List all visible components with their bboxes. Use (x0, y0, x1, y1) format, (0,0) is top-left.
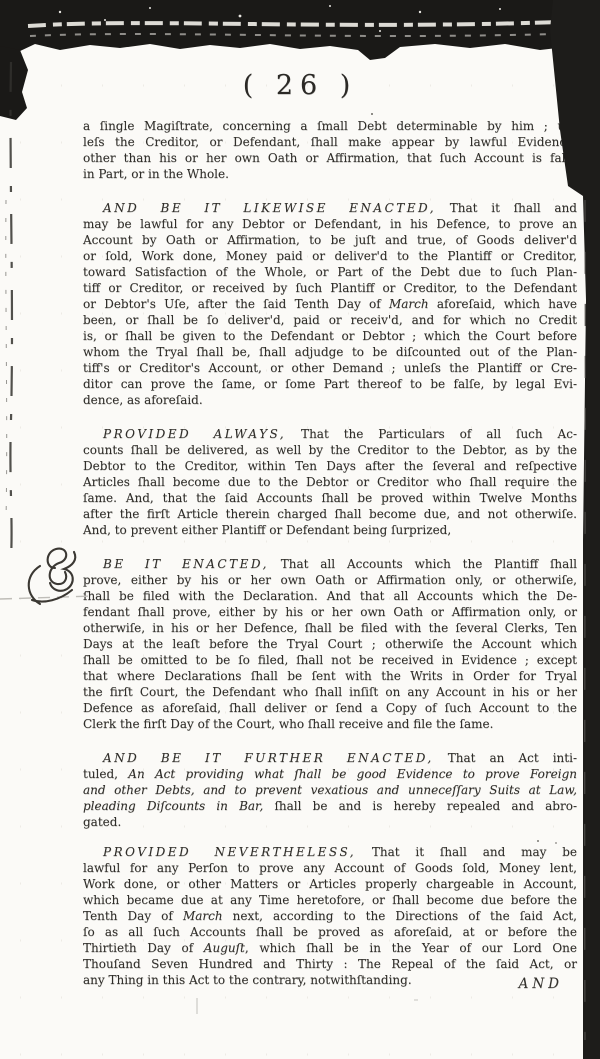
text-line: lawful for any Perſon to prove any Accou… (83, 860, 577, 876)
text-line: been, or ſhall be ſo deliver'd, paid or … (83, 312, 577, 328)
paragraph: a ſingle Magiſtrate, concerning a ſmall … (83, 118, 577, 182)
text-segment: That an Act inti- (434, 751, 577, 765)
text-segment: AND BE IT LIKEWISE ENACTED, (103, 201, 436, 215)
text-segment: may be lawful for any Debtor or Defendan… (83, 217, 577, 231)
text-line: And, to prevent either Plantiff or Defen… (83, 522, 577, 538)
paragraph: AND BE IT FURTHER ENACTED, That an Act i… (83, 750, 577, 830)
text-segment: or Debtor's Uſe, after the ſaid Tenth Da… (83, 297, 389, 311)
text-line: prove, either by his or her own Oath or … (83, 572, 577, 588)
text-line: and other Debts, and to prevent vexatiou… (83, 782, 577, 798)
text-line: or ſold, Work done, Money paid or delive… (83, 248, 577, 264)
text-segment: Debtor to the Creditor, within Ten Days … (83, 459, 577, 473)
text-line: Debtor to the Creditor, within Ten Days … (83, 458, 577, 474)
scan-noise-speckles (59, 5, 562, 32)
text-segment: fendant ſhall prove, either by his or he… (83, 605, 577, 619)
text-segment: after the firſt Article therein charged … (83, 507, 577, 521)
text-line: Work done, or other Matters or Articles … (83, 876, 577, 892)
text-segment: Account by Oath or Affirmation, to be ju… (83, 233, 577, 247)
text-segment: AND BE IT FURTHER ENACTED, (103, 751, 434, 765)
text-segment: Days at the leaſt before the Tryal Court… (83, 637, 577, 651)
text-segment: counts ſhall be delivered, as well by th… (83, 443, 577, 457)
text-segment: ſhall be and is hereby repealed and abro… (263, 799, 577, 813)
text-line: Defence as aforeſaid, ſhall deliver or ſ… (83, 700, 577, 716)
text-line: ſhall be omitted to be ſo filed, ſhall n… (83, 652, 577, 668)
text-segment: other than his or her own Oath or Affirm… (83, 151, 577, 165)
text-segment: March (389, 297, 429, 311)
text-segment: Tenth Day of (83, 909, 183, 923)
text-line: the firſt Court, the Defendant who ſhall… (83, 684, 577, 700)
text-segment: ditor can prove the ſame, or ſome Part t… (83, 377, 577, 391)
text-line: after the firſt Article therein charged … (83, 506, 577, 522)
text-line: tiff or Creditor, or received by ſuch Pl… (83, 280, 577, 296)
text-segment: Defence as aforeſaid, ſhall deliver or ſ… (83, 701, 577, 715)
text-segment: leſs the Creditor, or Defendant, ſhall m… (83, 135, 577, 149)
text-line: which became due at any Time heretofore,… (83, 892, 577, 908)
text-line: that where Declarations ſhall be ſent wi… (83, 668, 577, 684)
text-segment: That it ſhall and (436, 201, 577, 215)
text-segment: , which ſhall be in the Year of our Lord… (245, 941, 577, 955)
paragraph: PROVIDED NEVERTHELESS, That it ſhall and… (83, 844, 577, 988)
text-line: otherwiſe, in his or her Defence, ſhall … (83, 620, 577, 636)
text-line: Thouſand Seven Hundred and Thirty : The … (83, 956, 577, 972)
text-line: or Debtor's Uſe, after the ſaid Tenth Da… (83, 296, 577, 312)
text-segment: ſo as all ſuch Accounts ſhall be proved … (83, 925, 577, 939)
text-segment: An Act providing what ſhall be good Evid… (128, 767, 577, 781)
scan-top-edge (0, 0, 600, 60)
text-line: is, or ſhall be given to the Defendant o… (83, 328, 577, 344)
text-segment: toward Satisfaction of the Whole, or Par… (83, 265, 577, 279)
text-segment: in Part, or in the Whole. (83, 167, 229, 181)
text-line: gated. (83, 814, 577, 830)
text-line: AND BE IT LIKEWISE ENACTED, That it ſhal… (83, 200, 577, 216)
text-line: pleading Diſcounts in Bar, ſhall be and … (83, 798, 577, 814)
text-segment: tuled, (83, 767, 128, 781)
scan-left-streak (10, 62, 12, 558)
text-line: a ſingle Magiſtrate, concerning a ſmall … (83, 118, 577, 134)
deckle-edge-highlight (28, 22, 560, 26)
text-segment: Articles ſhall become due to the Debtor … (83, 475, 577, 489)
text-line: ſhall be filed with the Declaration. And… (83, 588, 577, 604)
text-line: dence, as aforeſaid. (83, 392, 577, 408)
text-segment: ſame. And, that the ſaid Accounts ſhall … (83, 491, 577, 505)
text-line: PROVIDED ALWAYS, That the Particulars of… (83, 426, 577, 442)
text-line: in Part, or in the Whole. (83, 166, 577, 182)
text-segment: Clerk the firſt Day of the Court, who ſh… (83, 717, 493, 731)
text-line: counts ſhall be delivered, as well by th… (83, 442, 577, 458)
text-segment: otherwiſe, in his or her Defence, ſhall … (83, 621, 577, 635)
text-segment: that where Declarations ſhall be ſent wi… (83, 669, 577, 683)
text-line: Tenth Day of March next, according to th… (83, 908, 577, 924)
page-text: a ſingle Magiſtrate, concerning a ſmall … (83, 118, 577, 1006)
text-segment: That it ſhall and may be (356, 845, 577, 859)
text-segment: a ſingle Magiſtrate, concerning a ſmall … (83, 119, 577, 133)
text-segment: PROVIDED ALWAYS, (103, 427, 286, 441)
text-segment: aforeſaid, which have (429, 297, 577, 311)
text-line: ſame. And, that the ſaid Accounts ſhall … (83, 490, 577, 506)
text-segment: prove, either by his or her own Oath or … (83, 573, 577, 587)
text-line: toward Satisfaction of the Whole, or Par… (83, 264, 577, 280)
text-line: Articles ſhall become due to the Debtor … (83, 474, 577, 490)
text-segment: tiff's or Creditor's Account, or other D… (83, 361, 577, 375)
text-segment: Auguſt (204, 941, 245, 955)
text-line: Thirtieth Day of Auguſt, which ſhall be … (83, 940, 577, 956)
text-segment: PROVIDED NEVERTHELESS, (103, 845, 356, 859)
text-segment: dence, as aforeſaid. (83, 393, 203, 407)
catchword: AND (83, 976, 563, 992)
scanned-page: ( 26 ) a ſingle Magiſtrate, concerning a… (0, 0, 600, 1059)
scan-left-streak-faint (6, 200, 7, 520)
text-line: AND BE IT FURTHER ENACTED, That an Act i… (83, 750, 577, 766)
text-segment: next, according to the Directions of the… (223, 909, 577, 923)
text-segment: Thouſand Seven Hundred and Thirty : The … (83, 957, 577, 971)
text-line: other than his or her own Oath or Affirm… (83, 150, 577, 166)
paragraph: AND BE IT LIKEWISE ENACTED, That it ſhal… (83, 200, 577, 408)
text-segment: BE IT ENACTED, (103, 557, 269, 571)
text-segment: And, to prevent either Plantiff or Defen… (83, 523, 451, 537)
right-edge-highlight (585, 200, 586, 1040)
text-segment: ſhall be filed with the Declaration. And… (83, 589, 577, 603)
text-line: leſs the Creditor, or Defendant, ſhall m… (83, 134, 577, 150)
text-line: Account by Oath or Affirmation, to be ju… (83, 232, 577, 248)
text-segment: pleading Diſcounts in Bar, (83, 799, 263, 813)
text-line: may be lawful for any Debtor or Defendan… (83, 216, 577, 232)
text-line: fendant ſhall prove, either by his or he… (83, 604, 577, 620)
paper-crease (0, 596, 94, 599)
text-segment: lawful for any Perſon to prove any Accou… (83, 861, 577, 875)
text-segment: Thirtieth Day of (83, 941, 204, 955)
deckle-edge-shadow (30, 34, 555, 36)
text-segment: which became due at any Time heretofore,… (83, 893, 577, 907)
text-segment: is, or ſhall be given to the Defendant o… (83, 329, 577, 343)
text-line: Days at the leaſt before the Tryal Court… (83, 636, 577, 652)
text-line: BE IT ENACTED, That all Accounts which t… (83, 556, 577, 572)
text-line: Clerk the firſt Day of the Court, who ſh… (83, 716, 577, 732)
text-segment: Work done, or other Matters or Articles … (83, 877, 577, 891)
margin-annotation-mark (29, 549, 76, 604)
paragraph: BE IT ENACTED, That all Accounts which t… (83, 556, 577, 732)
text-segment: the firſt Court, the Defendant who ſhall… (83, 685, 577, 699)
text-segment: tiff or Creditor, or received by ſuch Pl… (83, 281, 577, 295)
text-segment: That the Particulars of all ſuch Ac- (286, 427, 577, 441)
paragraph: PROVIDED ALWAYS, That the Particulars of… (83, 426, 577, 538)
text-segment: been, or ſhall be ſo deliver'd, paid or … (83, 313, 577, 327)
text-line: ditor can prove the ſame, or ſome Part t… (83, 376, 577, 392)
text-segment: ſhall be omitted to be ſo filed, ſhall n… (83, 653, 577, 667)
text-line: PROVIDED NEVERTHELESS, That it ſhall and… (83, 844, 577, 860)
text-line: ſo as all ſuch Accounts ſhall be proved … (83, 924, 577, 940)
text-line: tuled, An Act providing what ſhall be go… (83, 766, 577, 782)
text-segment: whom the Tryal ſhall be, ſhall adjudge t… (83, 345, 577, 359)
text-line: tiff's or Creditor's Account, or other D… (83, 360, 577, 376)
text-segment: or ſold, Work done, Money paid or delive… (83, 249, 577, 263)
text-line: whom the Tryal ſhall be, ſhall adjudge t… (83, 344, 577, 360)
text-segment: and other Debts, and to prevent vexatiou… (83, 783, 577, 797)
text-segment: March (183, 909, 223, 923)
text-segment: gated. (83, 815, 121, 829)
page-number: ( 26 ) (0, 70, 600, 101)
text-segment: That all Accounts which the Plantiff ſha… (269, 557, 577, 571)
